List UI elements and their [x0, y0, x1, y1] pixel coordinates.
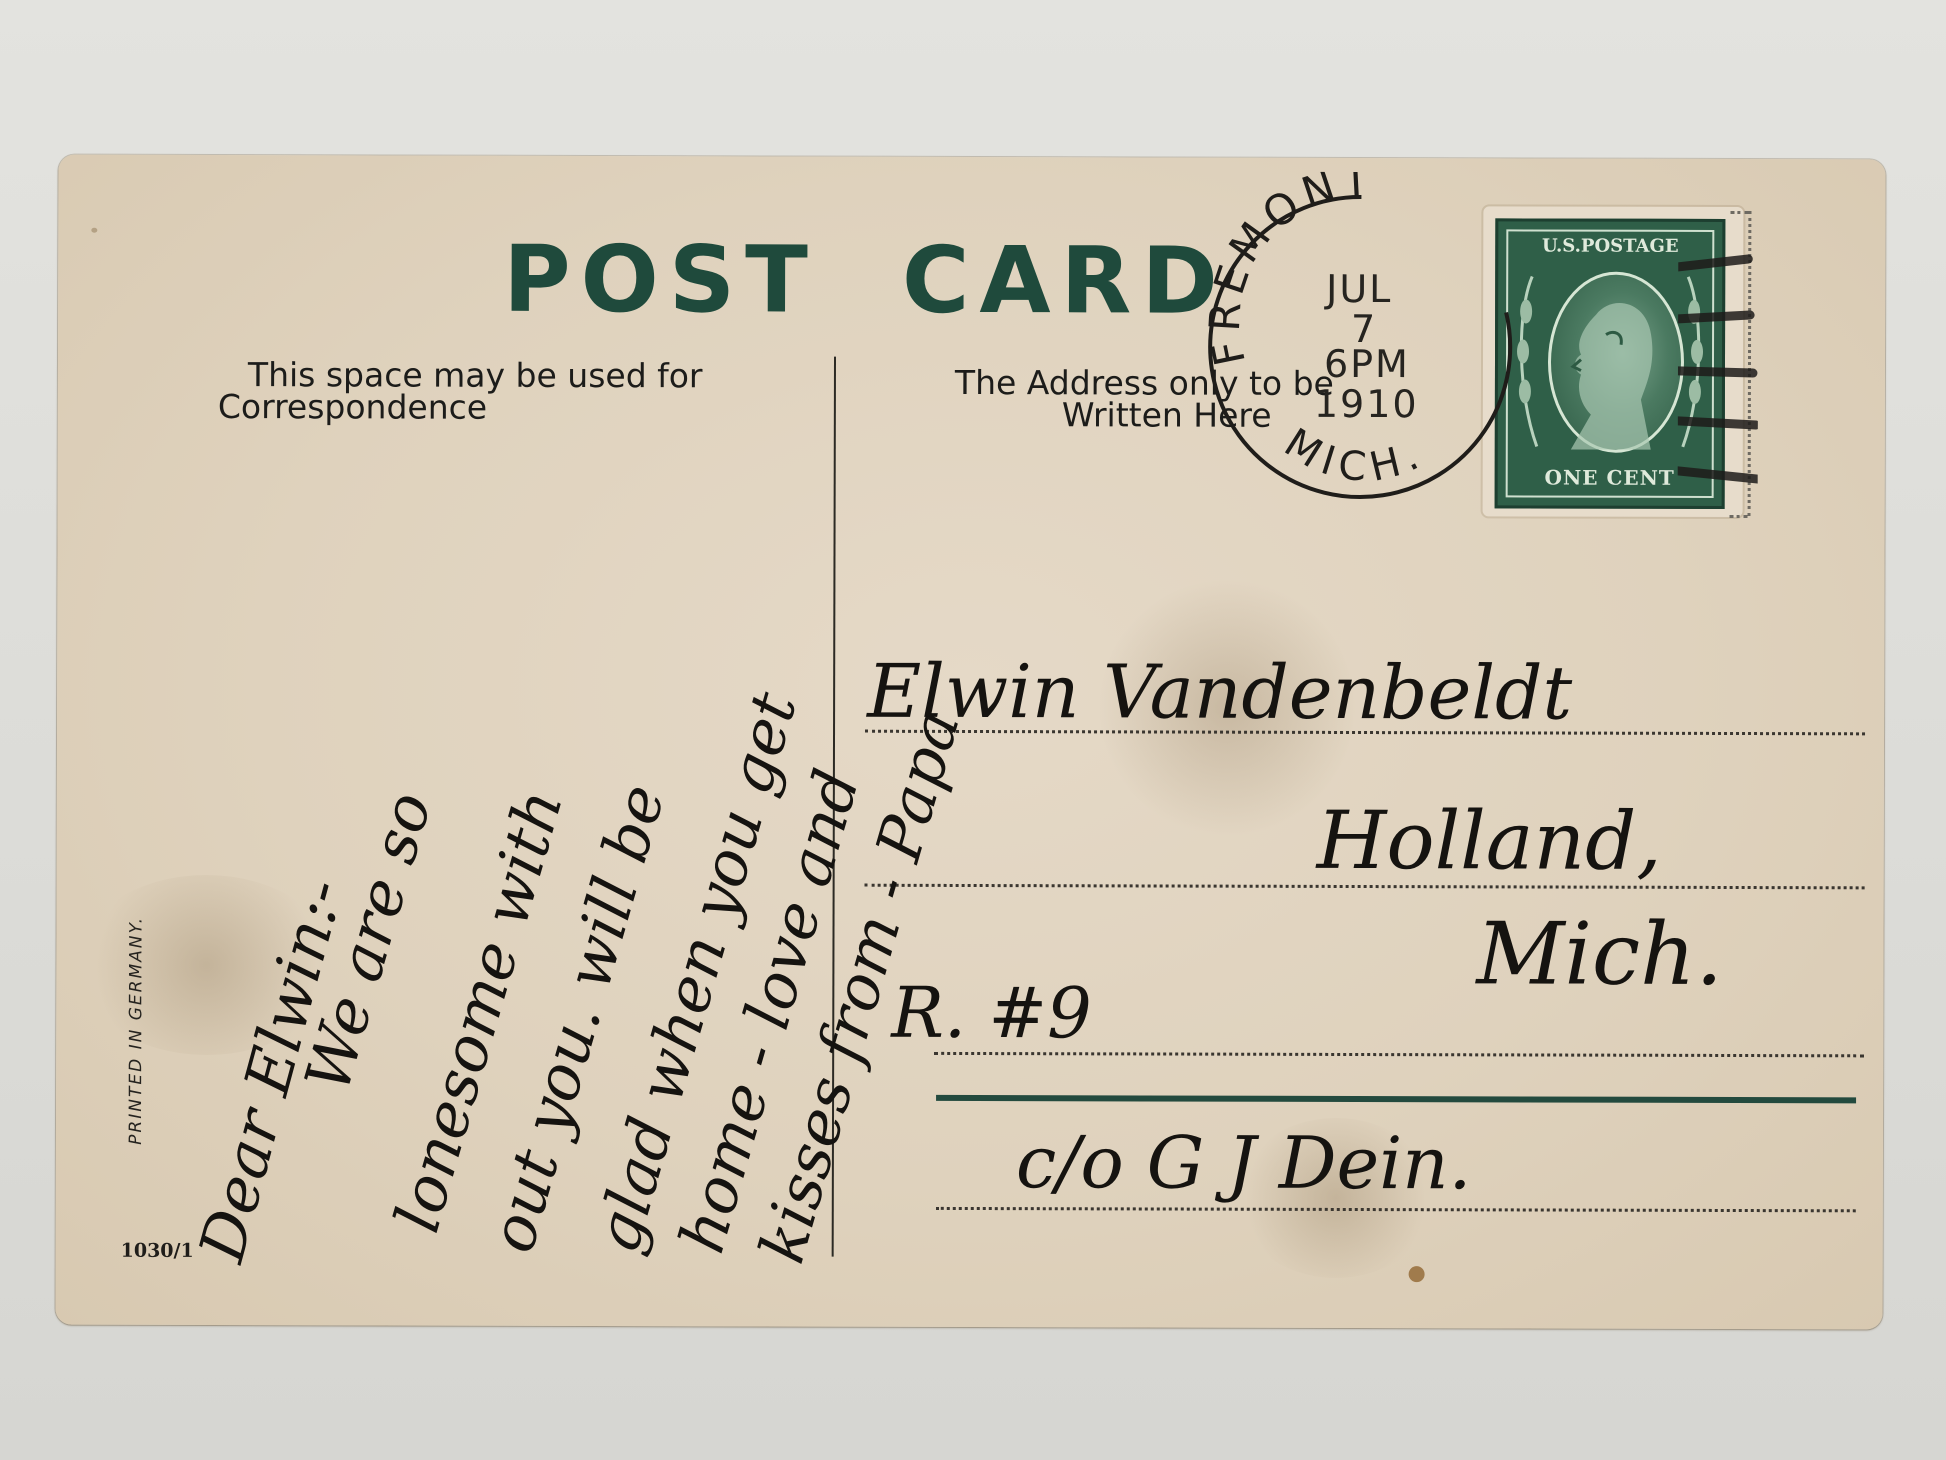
address-route: R. #9 [889, 972, 1092, 1055]
address-state: Mich. [1474, 904, 1723, 1005]
address-city: Holland, [1315, 794, 1662, 888]
handwriting-layer: Dear Elwin:- We are so lonesome with out… [55, 155, 1885, 1330]
address-name: Elwin Vandenbeldt [865, 649, 1573, 737]
postcard: POST CARD This space may be used for Cor… [55, 155, 1885, 1330]
address-care-of: c/o G J Dein. [1016, 1120, 1472, 1205]
